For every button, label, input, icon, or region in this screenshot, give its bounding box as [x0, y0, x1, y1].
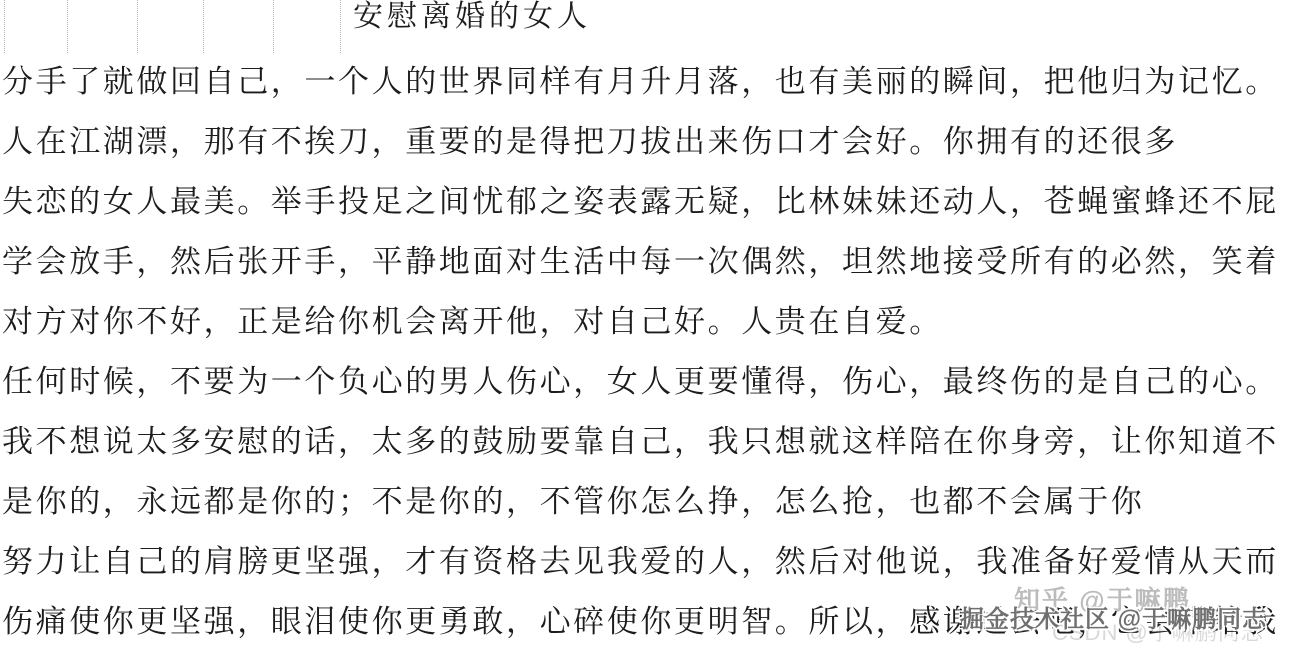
- table-gridline: [203, 0, 204, 53]
- text-line-5: 对方对你不好，正是给你机会离开他，对自己好。人贵在自爱。: [2, 292, 1294, 352]
- document-body: 分手了就做回自己，一个人的世界同样有月升月落，也有美丽的瞬间，把他归为记忆。 人…: [2, 52, 1294, 649]
- document-title: 安慰离婚的女人: [353, 0, 591, 33]
- text-line-3: 失恋的女人最美。举手投足之间忧郁之姿表露无疑，比林妹妹还动人，苍蝇蜜蜂还不屁: [2, 172, 1294, 232]
- text-line-8: 是你的，永远都是你的；不是你的，不管你怎么挣，怎么抢，也都不会属于你: [2, 472, 1294, 532]
- text-line-10: 伤痛使你更坚强，眼泪使你更勇敢，心碎使你更明智。所以，感谢过去吧，它会带给我: [2, 592, 1294, 649]
- text-line-6: 任何时候，不要为一个负心的男人伤心，女人更要懂得，伤心，最终伤的是自己的心。: [2, 352, 1294, 412]
- text-line-7: 我不想说太多安慰的话，太多的鼓励要靠自己，我只想就这样陪在你身旁，让你知道不: [2, 412, 1294, 472]
- text-line-1: 分手了就做回自己，一个人的世界同样有月升月落，也有美丽的瞬间，把他归为记忆。: [2, 52, 1294, 112]
- table-gridline: [273, 0, 274, 53]
- text-line-9: 努力让自己的肩膀更坚强，才有资格去见我爱的人，然后对他说，我准备好爱情从天而: [2, 532, 1294, 592]
- text-line-4: 学会放手，然后张开手，平静地面对生活中每一次偶然，坦然地接受所有的必然，笑着: [2, 232, 1294, 292]
- table-gridline: [67, 0, 68, 53]
- table-gridline: [137, 0, 138, 53]
- table-gridlines: [0, 0, 400, 54]
- table-gridline: [4, 0, 5, 53]
- text-line-2: 人在江湖漂，那有不挨刀，重要的是得把刀拔出来伤口才会好。你拥有的还很多: [2, 112, 1294, 172]
- table-gridline: [340, 0, 341, 53]
